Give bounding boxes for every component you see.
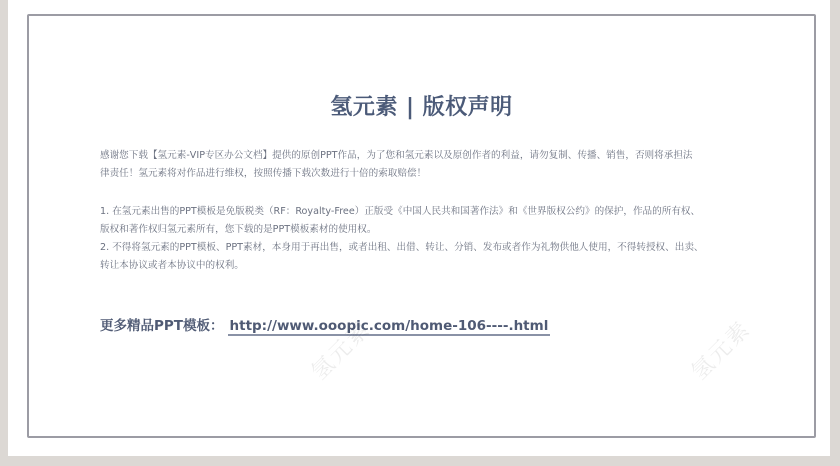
more-templates-label: 更多精品PPT模板： bbox=[100, 318, 224, 334]
intro-line: 律责任！氢元素将对作品进行维权，按照传播下载次数进行十倍的索取赔偿！ bbox=[100, 165, 760, 183]
terms-list: 1. 在氢元素出售的PPT模板是免版税类（RF：Royalty-Free）正版受… bbox=[100, 203, 760, 275]
intro-line: 感谢您下载【氢元素-VIP专区办公文档】提供的原创PPT作品，为了您和氢元素以及… bbox=[100, 147, 760, 165]
copyright-card: 氢元素 | 版权声明 感谢您下载【氢元素-VIP专区办公文档】提供的原创PPT作… bbox=[27, 14, 816, 438]
more-templates: 更多精品PPT模板：http://www.ooopic.com/home-106… bbox=[100, 314, 550, 334]
page: 氢元素 | 版权声明 感谢您下载【氢元素-VIP专区办公文档】提供的原创PPT作… bbox=[8, 0, 830, 456]
terms-line: 1. 在氢元素出售的PPT模板是免版税类（RF：Royalty-Free）正版受… bbox=[100, 203, 760, 221]
terms-line: 版权和著作权归氢元素所有，您下载的是PPT模板素材的使用权。 bbox=[100, 221, 760, 239]
more-templates-link[interactable]: http://www.ooopic.com/home-106----.html bbox=[228, 318, 551, 336]
page-title: 氢元素 | 版权声明 bbox=[29, 94, 814, 122]
terms-line: 2. 不得将氢元素的PPT模板、PPT素材，本身用于再出售，或者出租、出借、转让… bbox=[100, 239, 760, 257]
watermark: 氢元素 bbox=[684, 313, 757, 386]
intro-paragraph: 感谢您下载【氢元素-VIP专区办公文档】提供的原创PPT作品，为了您和氢元素以及… bbox=[100, 147, 760, 183]
terms-line: 转让本协议或者本协议中的权利。 bbox=[100, 257, 760, 275]
